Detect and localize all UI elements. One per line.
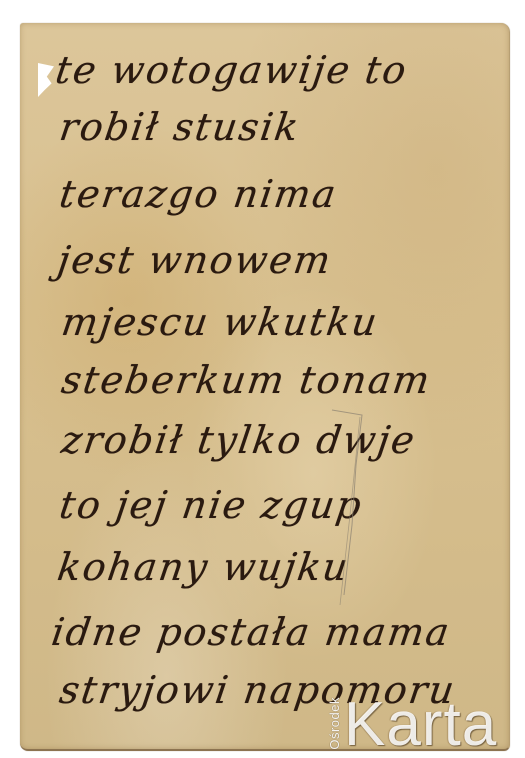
watermark-large: Karta <box>344 696 497 754</box>
watermark: Ośrodek Karta <box>327 692 497 754</box>
handwritten-line: kohany wujku <box>55 545 353 589</box>
page: te wotogawije to robił stusik terazgo ni… <box>0 0 525 758</box>
handwritten-line: zrobił tylko dwje <box>59 418 419 462</box>
handwritten-line: te wotogawije to <box>53 48 411 92</box>
handwritten-line: idne postała mama <box>49 610 454 654</box>
handwritten-line: to jej nie zgup <box>57 483 366 527</box>
handwritten-line: jest wnowem <box>55 238 335 282</box>
torn-corner <box>38 63 54 97</box>
handwritten-line: terazgo nima <box>57 172 340 216</box>
watermark-small: Ośrodek <box>327 697 342 750</box>
handwritten-line: robił stusik <box>57 105 303 149</box>
handwritten-line: mjescu wkutku <box>59 300 382 344</box>
handwritten-line: steberkum tonam <box>59 358 434 402</box>
